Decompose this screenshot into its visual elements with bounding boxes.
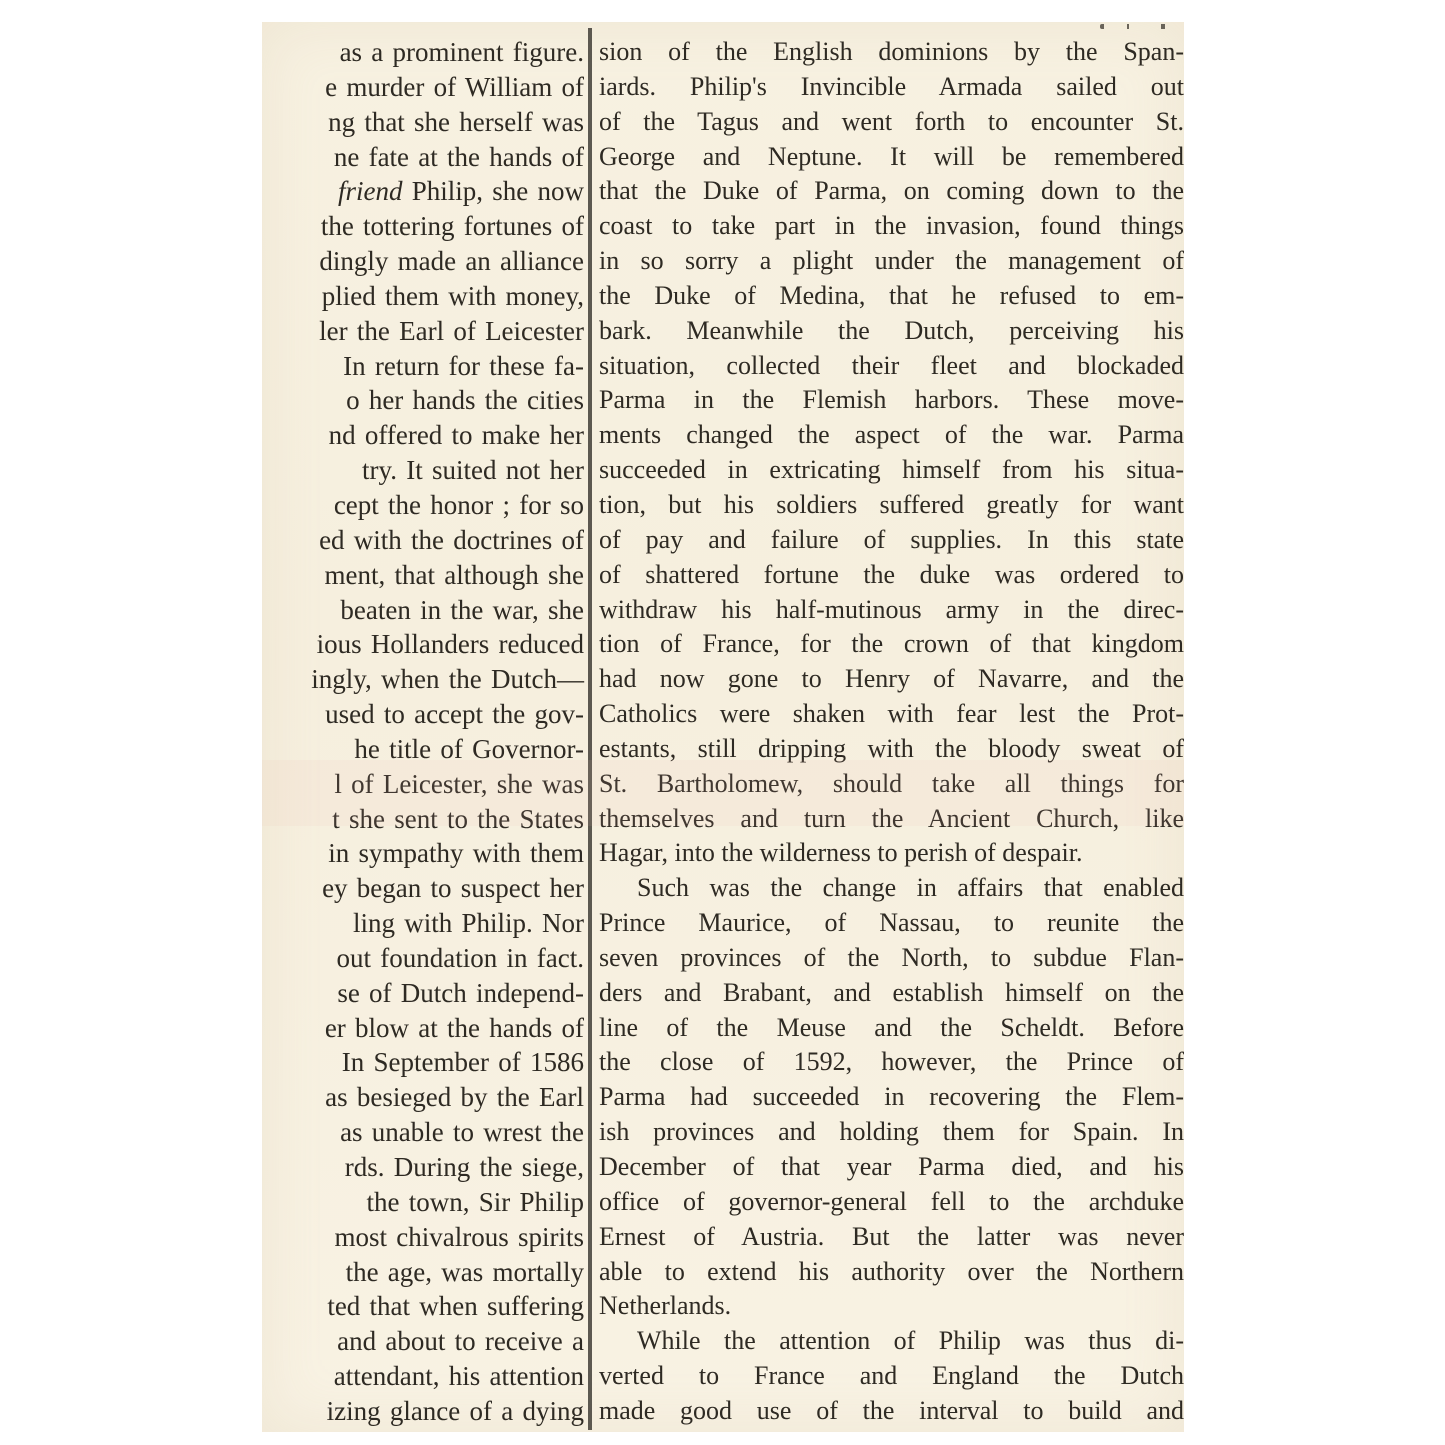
- text-line: as besieged by the Earl: [262, 1080, 585, 1115]
- text-line: December of that year Parma died, and hi…: [599, 1150, 1184, 1185]
- text-line: ders and Brabant, and establish himself …: [599, 976, 1184, 1011]
- text-line: themselves and turn the Ancient Church, …: [599, 802, 1184, 837]
- text-line: that the Duke of Parma, on coming down t…: [599, 174, 1184, 209]
- text-line: ne fate at the hands of: [262, 140, 585, 175]
- scanned-book-page-screenshot: { "document_type": "scanned book page, t…: [0, 0, 1445, 1445]
- right-text-column: sion of the English dominions by the Spa…: [599, 35, 1184, 1432]
- text-line: attendant, his attention: [262, 1359, 585, 1394]
- text-line: George and Neptune. It will be remembere…: [599, 140, 1184, 175]
- text-line: bark. Meanwhile the Dutch, perceiving hi…: [599, 314, 1184, 349]
- text-line: line of the Meuse and the Scheldt. Befor…: [599, 1011, 1184, 1046]
- text-line: able to extend his authority over the No…: [599, 1255, 1184, 1290]
- text-line: Ernest of Austria. But the latter was ne…: [599, 1220, 1184, 1255]
- text-line: ng that she herself was: [262, 105, 585, 140]
- text-line: verted to France and England the Dutch: [599, 1359, 1184, 1394]
- text-line: and about to receive a: [262, 1324, 585, 1359]
- text-line: se of Dutch independ-: [262, 976, 585, 1011]
- text-line: Netherlands.: [599, 1289, 1184, 1324]
- text-line: In return for these fa-: [262, 349, 585, 384]
- text-line: cept the honor ; for so: [262, 488, 585, 523]
- text-line: Parma in the Flemish harbors. These move…: [599, 383, 1184, 418]
- text-line: try. It suited not her: [262, 453, 585, 488]
- text-line: Catholics were shaken with fear lest the…: [599, 697, 1184, 732]
- text-line: withdraw his half-mutinous army in the d…: [599, 593, 1184, 628]
- text-line: St. Bartholomew, should take all things …: [599, 767, 1184, 802]
- text-line: he title of Governor-: [262, 732, 585, 767]
- text-line: dingly made an alliance: [262, 244, 585, 279]
- text-line: er blow at the hands of: [262, 1011, 585, 1046]
- text-line: as a prominent figure.: [262, 35, 585, 70]
- text-line: ious Hollanders reduced: [262, 627, 585, 662]
- text-line: the Duke of Medina, that he refused to e…: [599, 279, 1184, 314]
- text-line: ey began to suspect her: [262, 871, 585, 906]
- text-line: e murder of William of: [262, 70, 585, 105]
- text-line: While the attention of Philip was thus d…: [599, 1324, 1184, 1359]
- text-line: ler the Earl of Leicester: [262, 314, 585, 349]
- text-line: situation, collected their fleet and blo…: [599, 349, 1184, 384]
- text-line: as unable to wrest the: [262, 1115, 585, 1150]
- text-line: sion of the English dominions by the Spa…: [599, 35, 1184, 70]
- text-line: of shattered fortune the duke was ordere…: [599, 558, 1184, 593]
- text-line: ling with Philip. Nor: [262, 906, 585, 941]
- text-line: estants, still dripping with the bloody …: [599, 732, 1184, 767]
- text-line: of the Tagus and went forth to encounter…: [599, 105, 1184, 140]
- text-line: plied them with money,: [262, 279, 585, 314]
- text-line: l of Leicester, she was: [262, 767, 585, 802]
- text-line: ments changed the aspect of the war. Par…: [599, 418, 1184, 453]
- text-line: beaten in the war, she: [262, 593, 585, 628]
- text-line: used to accept the gov-: [262, 697, 585, 732]
- text-line: Hagar, into the wilderness to perish of …: [599, 836, 1184, 871]
- text-line: most chivalrous spirits: [262, 1220, 585, 1255]
- text-line: rds. During the siege,: [262, 1150, 585, 1185]
- column-divider-rule: [588, 28, 592, 1430]
- italic-word: friend: [338, 176, 403, 206]
- text-line: tion of France, for the crown of that ki…: [599, 627, 1184, 662]
- text-line: o her hands the cities: [262, 383, 585, 418]
- text-line: t she sent to the States: [262, 802, 585, 837]
- text-line: made good use of the interval to build a…: [599, 1394, 1184, 1429]
- text-line: of pay and failure of supplies. In this …: [599, 523, 1184, 558]
- text-line: the close of 1592, however, the Prince o…: [599, 1045, 1184, 1080]
- text-line: Such was the change in affairs that enab…: [599, 871, 1184, 906]
- text-line: tion, but his soldiers suffered greatly …: [599, 488, 1184, 523]
- text-line: had now gone to Henry of Navarre, and th…: [599, 662, 1184, 697]
- text-line: nd offered to make her: [262, 418, 585, 453]
- text-line: ingly, when the Dutch—: [262, 662, 585, 697]
- text-line: the age, was mortally: [262, 1255, 585, 1290]
- text-line: in so sorry a plight under the managemen…: [599, 244, 1184, 279]
- text-line: out foundation in fact.: [262, 941, 585, 976]
- text-line: ted that when suffering: [262, 1289, 585, 1324]
- text-line: friend Philip, she now: [262, 174, 585, 209]
- text-line: in sympathy with them: [262, 836, 585, 871]
- text-line: ish provinces and holding them for Spain…: [599, 1115, 1184, 1150]
- text-line: ment, that although she: [262, 558, 585, 593]
- text-line: iards. Philip's Invincible Armada sailed…: [599, 70, 1184, 105]
- text-line: Parma had succeeded in recovering the Fl…: [599, 1080, 1184, 1115]
- cut-off-line-top-fragment: [1100, 24, 1184, 29]
- text-line: ed with the doctrines of: [262, 523, 585, 558]
- book-page-paper: as a prominent figure.e murder of Willia…: [262, 22, 1184, 1432]
- left-text-column: as a prominent figure.e murder of Willia…: [262, 35, 585, 1432]
- text-line: the tottering fortunes of: [262, 209, 585, 244]
- text-line: Prince Maurice, of Nassau, to reunite th…: [599, 906, 1184, 941]
- text-line: the town, Sir Philip: [262, 1185, 585, 1220]
- text-line: seven provinces of the North, to subdue …: [599, 941, 1184, 976]
- text-line: izing glance of a dying: [262, 1394, 585, 1429]
- text-line: In September of 1586: [262, 1045, 585, 1080]
- text-line: coast to take part in the invasion, foun…: [599, 209, 1184, 244]
- text-line: succeeded in extricating himself from hi…: [599, 453, 1184, 488]
- text-line: office of governor-general fell to the a…: [599, 1185, 1184, 1220]
